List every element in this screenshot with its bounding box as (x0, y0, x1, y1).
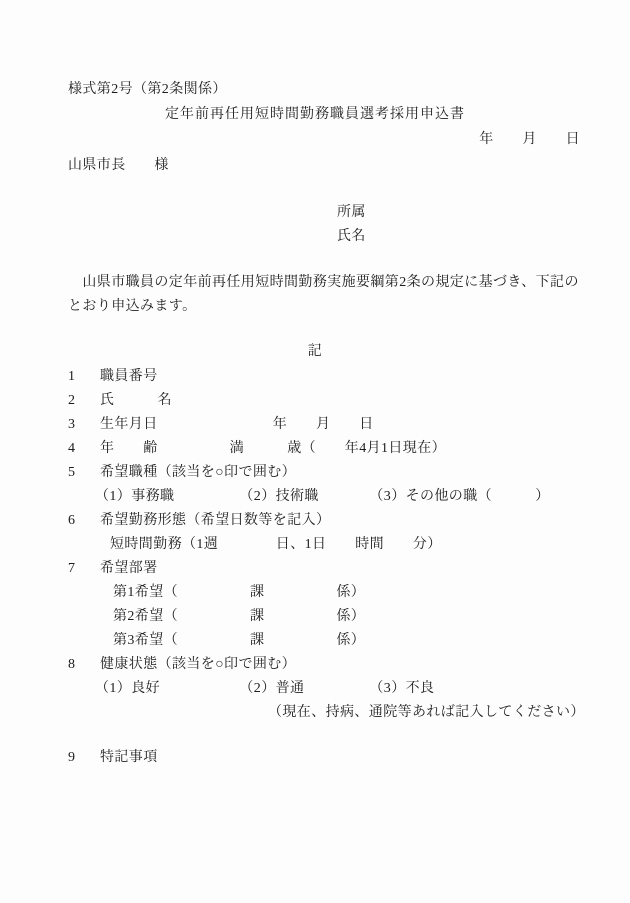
item-label: 希望職種（該当を○印で囲む） (100, 465, 296, 480)
affiliation-label: 所属 (337, 201, 366, 225)
intro-paragraph-line2: とおり申込みます。 (68, 295, 196, 319)
item-5-options: （1）事務職 （2）技術職 （3）その他の職（ ） (95, 485, 550, 509)
item-8-health-condition: 8健康状態（該当を○印で囲む） (68, 653, 296, 677)
item-number: 4 (68, 437, 100, 461)
item-1-employee-number: 1職員番号 (68, 365, 158, 389)
item-3-birthdate: 3生年月日 年 月 日 (68, 413, 374, 437)
form-number-label: 様式第2号（第2条関係） (68, 78, 227, 102)
item-7-desired-department: 7希望部署 (68, 557, 158, 581)
name-label: 氏名 (337, 225, 366, 249)
item-7-choice-3: 第3希望（ 課 係） (113, 629, 365, 653)
item-label: 希望部署 (100, 561, 158, 576)
item-number: 2 (68, 389, 100, 413)
record-marker: 記 (0, 340, 630, 364)
item-8-options: （1）良好 （2）普通 （3）不良 (95, 677, 434, 701)
item-label: 健康状態（該当を○印で囲む） (100, 657, 296, 672)
item-number: 5 (68, 461, 100, 485)
item-9-special-notes: 9特記事項 (68, 746, 158, 770)
item-8-note: （現在、持病、通院等あれば記入してください） (268, 701, 585, 725)
item-label: 特記事項 (100, 750, 158, 765)
item-7-choice-2: 第2希望（ 課 係） (113, 605, 365, 629)
item-number: 8 (68, 653, 100, 677)
item-6-short-time-work: 短時間勤務（1週 日、1日 時間 分） (110, 533, 442, 557)
item-label: 生年月日 年 月 日 (100, 417, 374, 432)
item-label: 氏 名 (100, 393, 172, 408)
document-title: 定年前再任用短時間勤務職員選考採用申込書 (0, 103, 630, 127)
item-label: 希望勤務形態（希望日数等を記入） (100, 513, 330, 528)
addressee-line: 山県市長 様 (68, 154, 169, 178)
item-7-choice-1: 第1希望（ 課 係） (113, 581, 365, 605)
item-label: 職員番号 (100, 369, 158, 384)
item-6-desired-work-style: 6希望勤務形態（希望日数等を記入） (68, 509, 330, 533)
date-line: 年 月 日 (0, 128, 580, 152)
item-label: 年 齢 満 歳（ 年4月1日現在） (100, 441, 446, 456)
item-2-name: 2氏 名 (68, 389, 172, 413)
item-4-age: 4年 齢 満 歳（ 年4月1日現在） (68, 437, 446, 461)
item-number: 3 (68, 413, 100, 437)
item-5-desired-job-type: 5希望職種（該当を○印で囲む） (68, 461, 296, 485)
item-number: 6 (68, 509, 100, 533)
intro-paragraph-line1: 山県市職員の定年前再任用短時間勤務実施要綱第2条の規定に基づき、下記の (68, 271, 579, 295)
application-form-document: 様式第2号（第2条関係） 定年前再任用短時間勤務職員選考採用申込書 年 月 日 … (0, 0, 630, 903)
item-number: 9 (68, 746, 100, 770)
item-number: 7 (68, 557, 100, 581)
item-number: 1 (68, 365, 100, 389)
